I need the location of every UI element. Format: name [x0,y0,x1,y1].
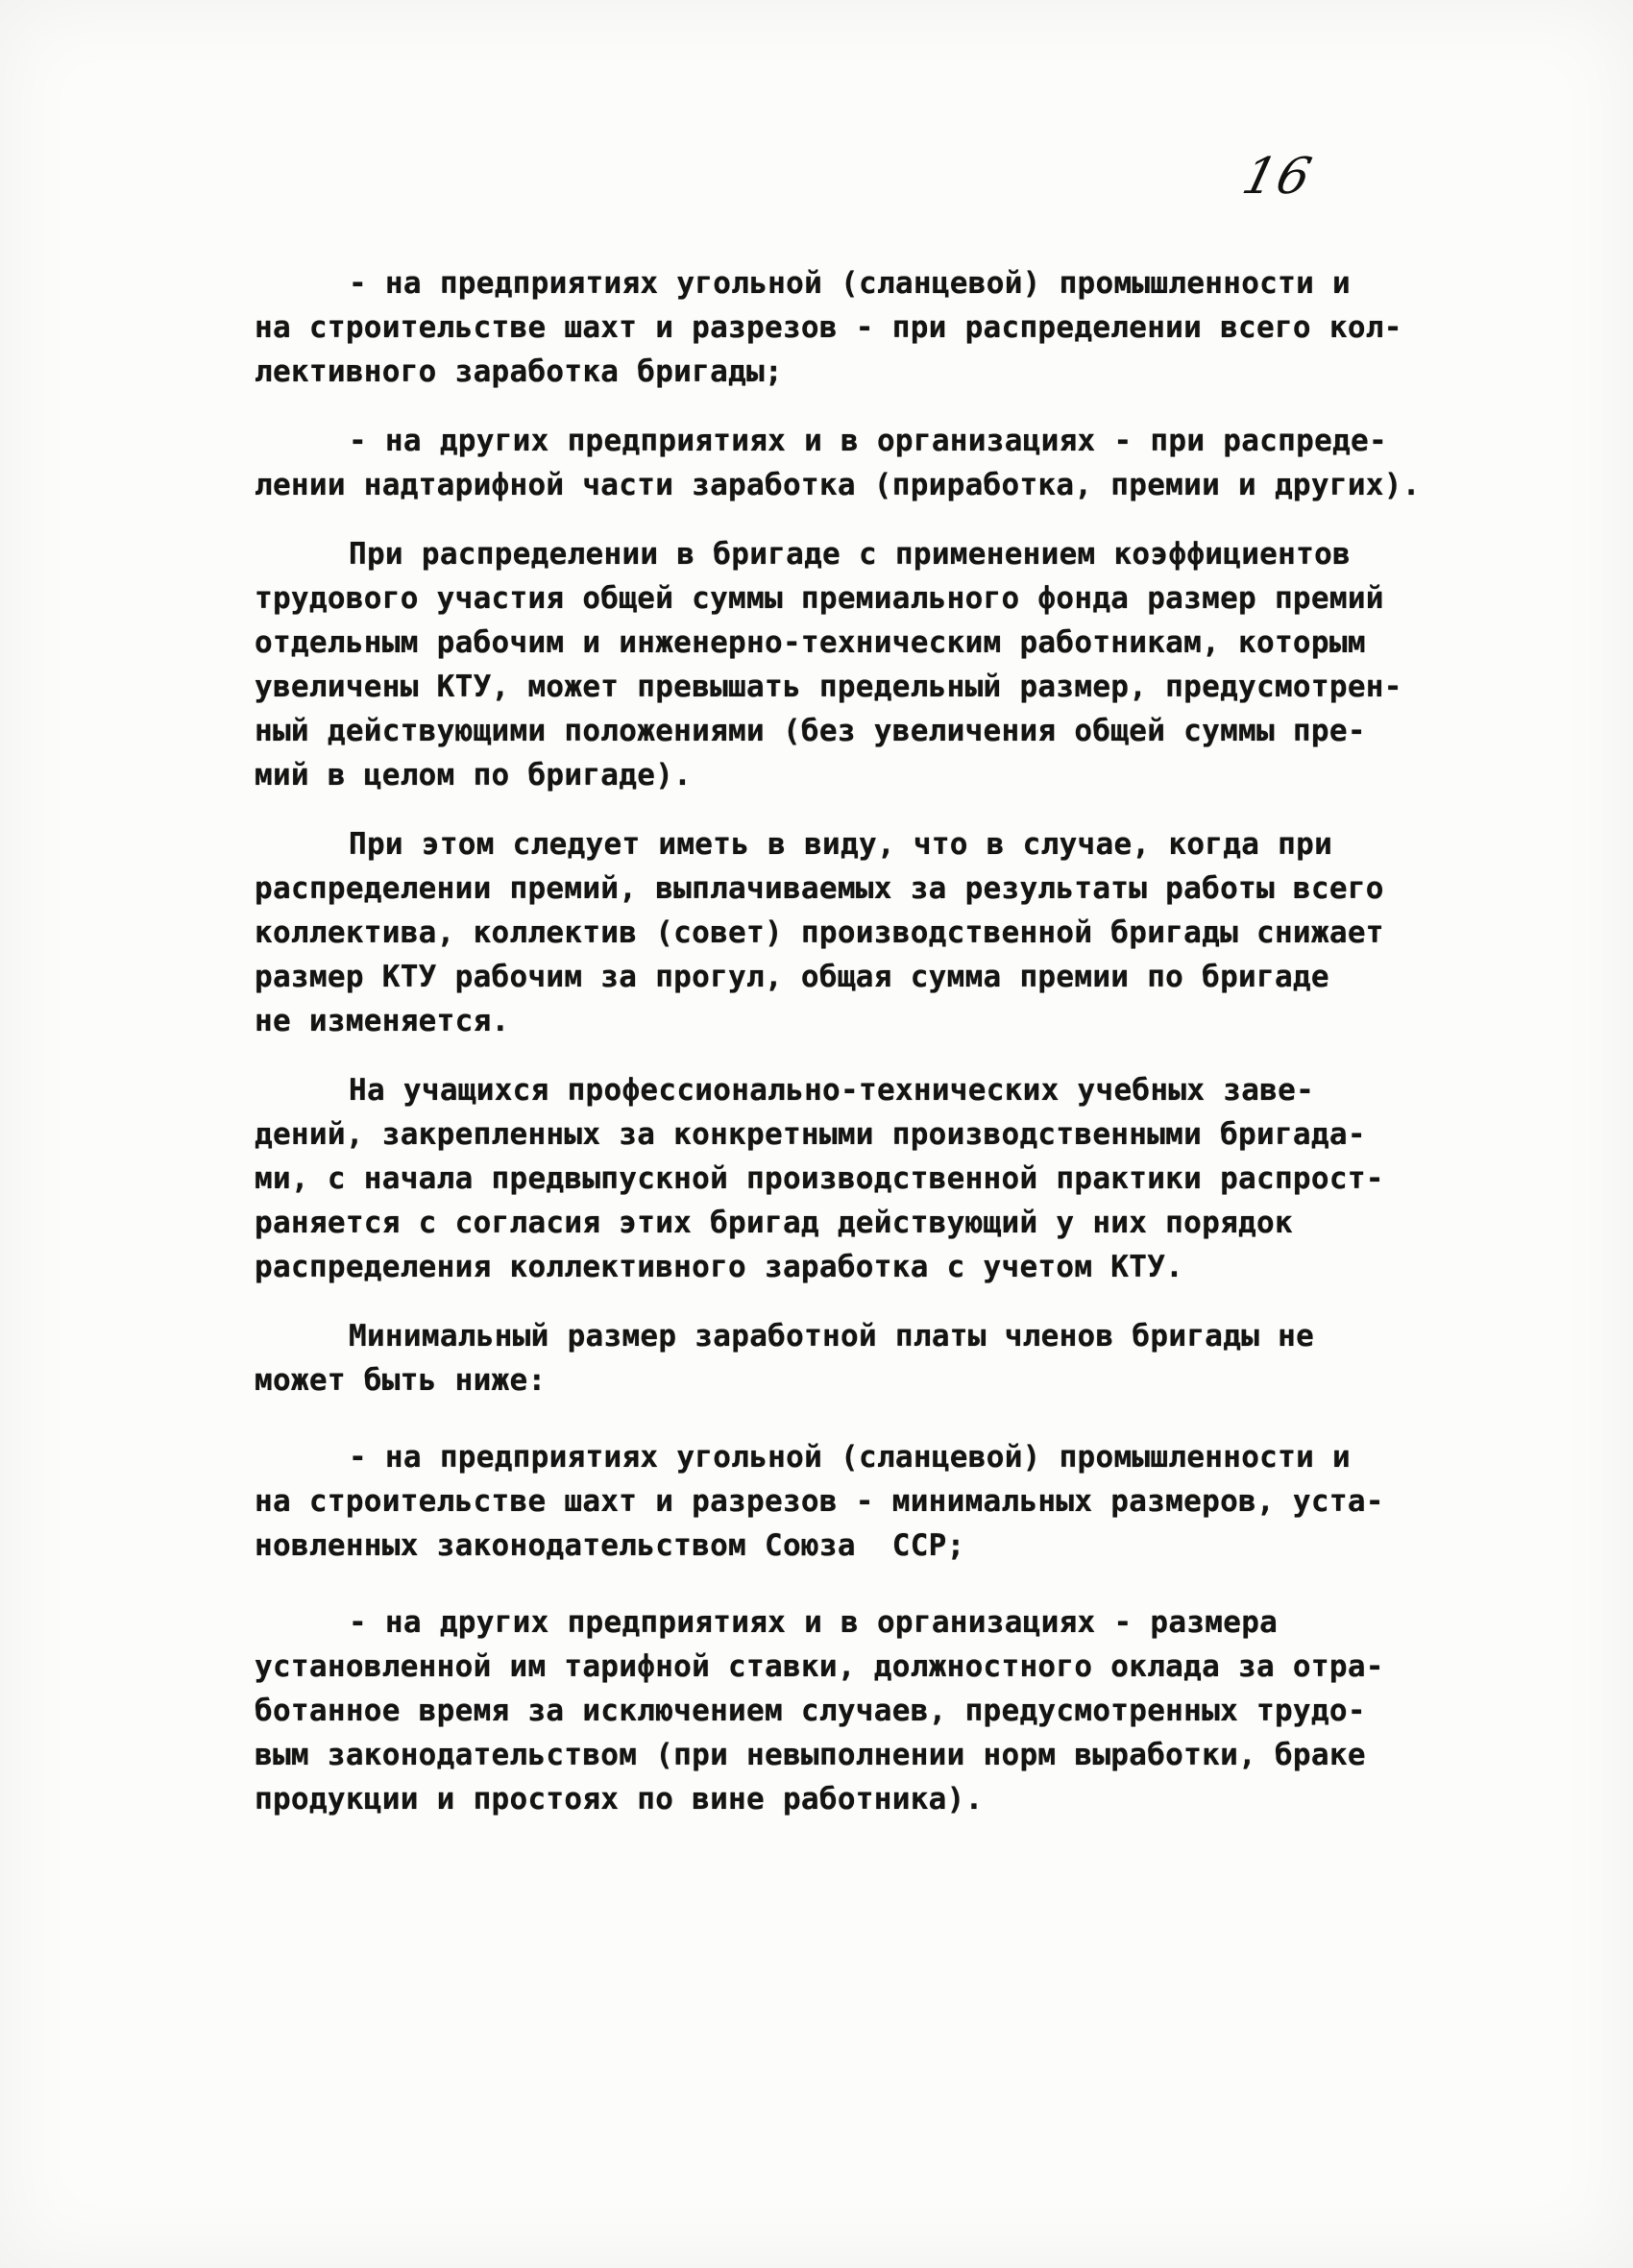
text-line: не изменяется. [255,999,1412,1043]
page-number: 16 [1238,152,1318,202]
text-line: Минимальный размер заработной платы член… [255,1314,1412,1358]
text-line: на строительстве шахт и разрезов - при р… [255,305,1412,350]
text-line: увеличены КТУ, может превышать предельны… [255,665,1412,709]
text-line: раняется с согласия этих бригад действую… [255,1201,1412,1245]
text-line: трудового участия общей суммы премиально… [255,576,1412,621]
text-line: продукции и простоях по вине работника). [255,1777,1412,1821]
paragraph: - на предприятиях угольной (сланцевой) п… [255,261,1412,394]
text-line: ный действующими положениями (без увелич… [255,709,1412,753]
text-line: лении надтарифной части заработка (прира… [255,463,1412,507]
text-line: может быть ниже: [255,1358,1412,1402]
paragraph: Минимальный размер заработной платы член… [255,1314,1412,1402]
text-line: ми, с начала предвыпускной производствен… [255,1157,1412,1201]
text-line: коллектива, коллектив (совет) производст… [255,911,1412,955]
text-line: распределения коллективного заработка с … [255,1245,1412,1289]
paragraph: - на других предприятиях и в организация… [255,1600,1412,1821]
text-line: лективного заработка бригады; [255,350,1412,394]
text-line: новленных законодательством Союза ССР; [255,1524,1412,1568]
text-line: на строительстве шахт и разрезов - миним… [255,1479,1412,1524]
text-line: размер КТУ рабочим за прогул, общая сумм… [255,955,1412,999]
scanned-document-page: 16 - на предприятиях угольной (сланцевой… [0,0,1633,2268]
paragraph: При этом следует иметь в виду, что в слу… [255,822,1412,1043]
text-line: отдельным рабочим и инженерно-технически… [255,621,1412,665]
text-line: распределении премий, выплачиваемых за р… [255,866,1412,911]
paragraph: - на других предприятиях и в организация… [255,419,1412,507]
text-line: При распределении в бригаде с применение… [255,532,1412,576]
document-body: - на предприятиях угольной (сланцевой) п… [255,261,1412,1846]
text-line: - на других предприятиях и в организация… [255,1600,1412,1645]
text-line: - на предприятиях угольной (сланцевой) п… [255,1435,1412,1479]
text-line: установленной им тарифной ставки, должно… [255,1645,1412,1689]
text-line: мий в целом по бригаде). [255,753,1412,797]
paragraph: При распределении в бригаде с применение… [255,532,1412,797]
text-line: ботанное время за исключением случаев, п… [255,1689,1412,1733]
text-line: - на других предприятиях и в организация… [255,419,1412,463]
text-line: На учащихся профессионально-технических … [255,1068,1412,1112]
text-line: При этом следует иметь в виду, что в слу… [255,822,1412,866]
text-line: вым законодательством (при невыполнении … [255,1733,1412,1777]
paragraph: - на предприятиях угольной (сланцевой) п… [255,1435,1412,1568]
text-line: дений, закрепленных за конкретными произ… [255,1112,1412,1157]
paragraph: На учащихся профессионально-технических … [255,1068,1412,1289]
text-line: - на предприятиях угольной (сланцевой) п… [255,261,1412,305]
